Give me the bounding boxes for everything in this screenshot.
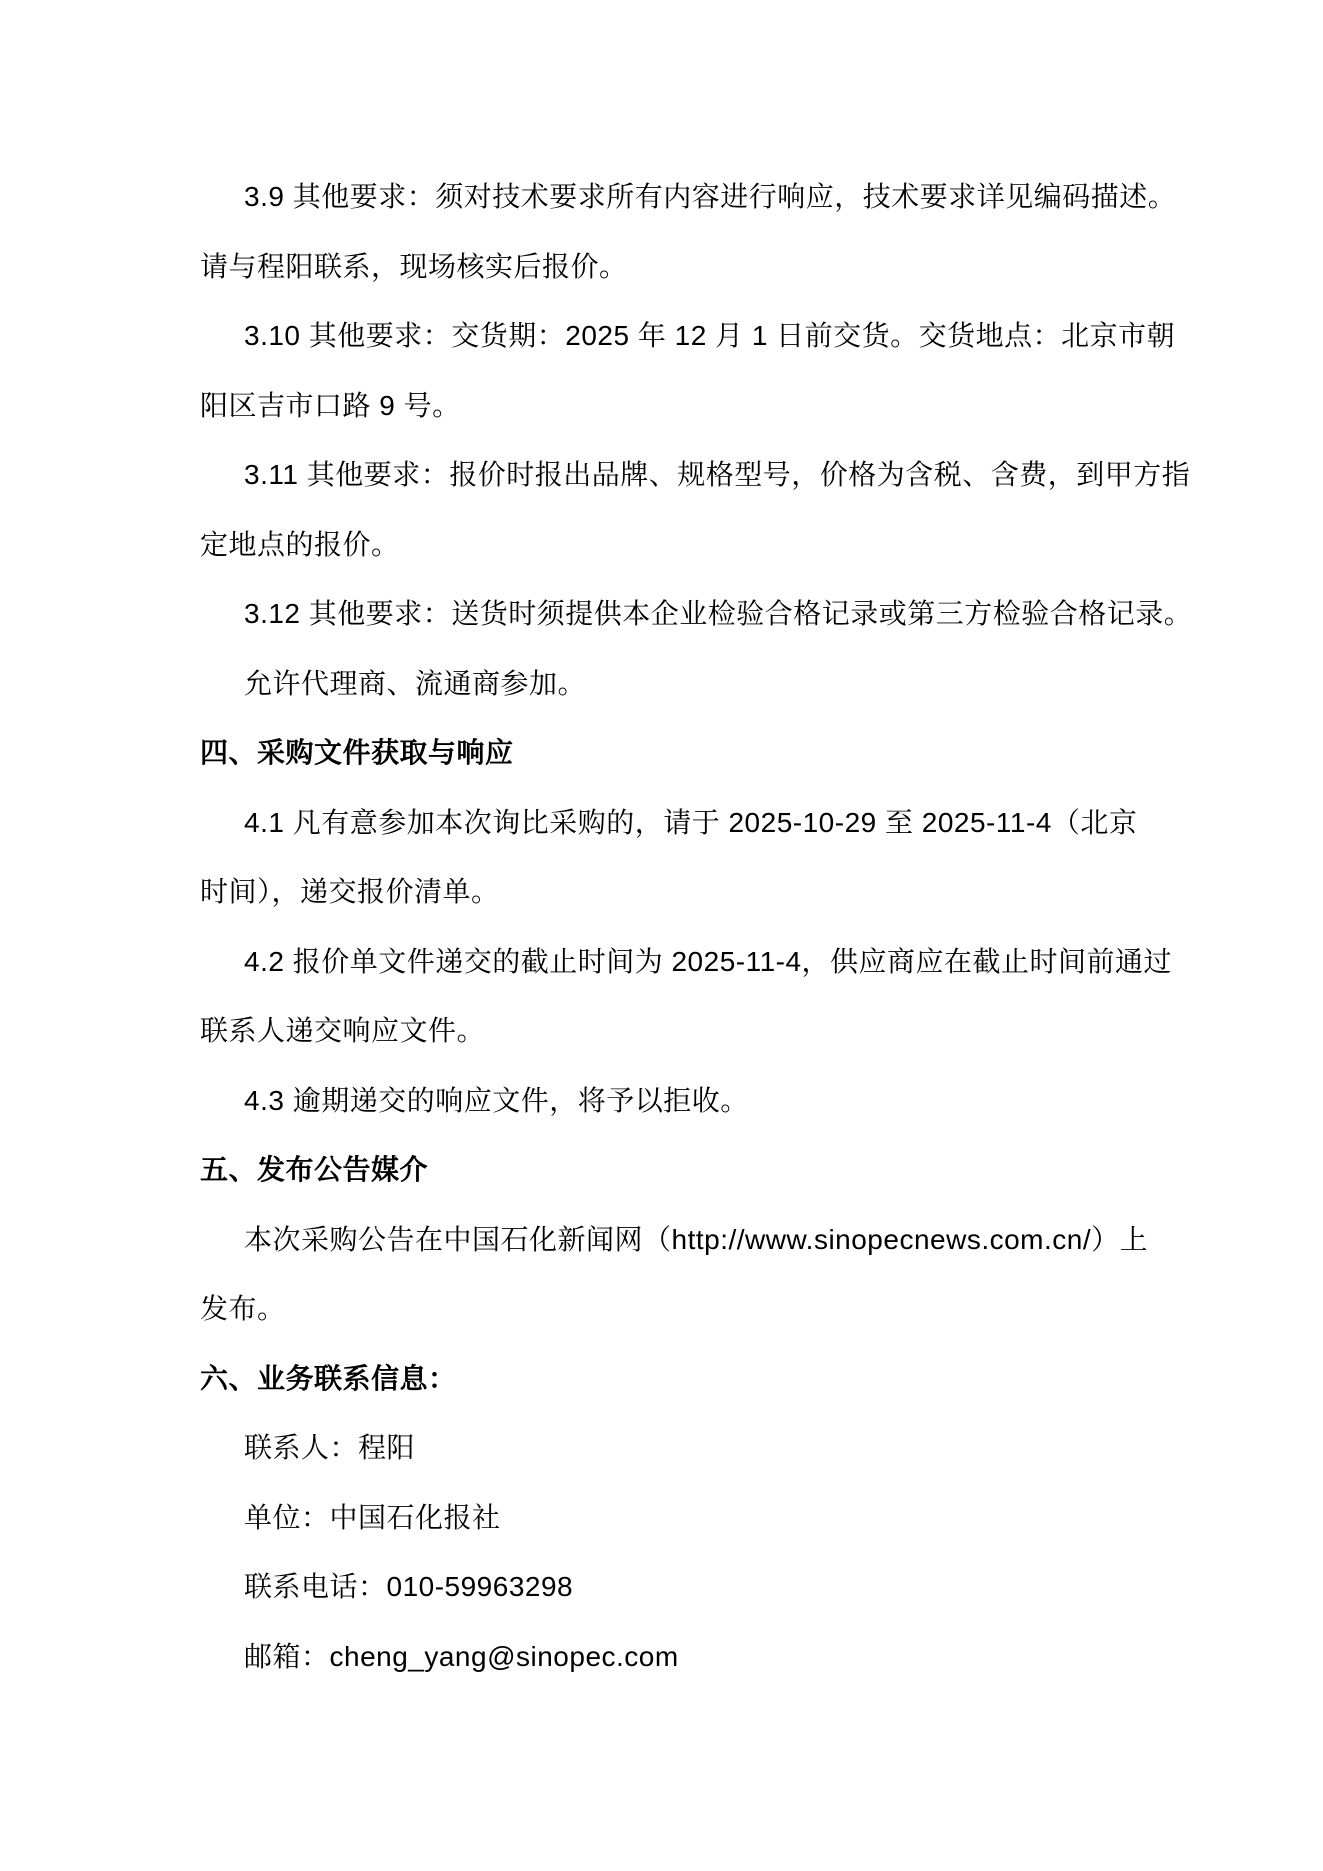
text-line: 联系人递交响应文件。 <box>200 996 1125 1066</box>
text-line: 发布。 <box>200 1274 1125 1344</box>
text-line: 3.11 其他要求：报价时报出品牌、规格型号，价格为含税、含费，到甲方指 <box>200 440 1125 510</box>
contact-email: 邮箱：cheng_yang@sinopec.com <box>200 1622 1125 1692</box>
section-4-heading: 四、采购文件获取与响应 <box>200 718 1125 788</box>
clause-3-12: 3.12 其他要求：送货时须提供本企业检验合格记录或第三方检验合格记录。允许代理… <box>200 579 1125 718</box>
text-line: 四、采购文件获取与响应 <box>200 718 1125 788</box>
section-5-heading: 五、发布公告媒介 <box>200 1135 1125 1205</box>
text-line: 阳区吉市口路 9 号。 <box>200 371 1125 441</box>
document-content: 3.9 其他要求：须对技术要求所有内容进行响应，技术要求详见编码描述。请与程阳联… <box>200 162 1125 1691</box>
text-line: 3.10 其他要求：交货期：2025 年 12 月 1 日前交货。交货地点：北京… <box>200 301 1125 371</box>
text-line: 3.12 其他要求：送货时须提供本企业检验合格记录或第三方检验合格记录。 <box>200 579 1125 649</box>
text-line: 单位：中国石化报社 <box>200 1483 1125 1553</box>
text-line: 允许代理商、流通商参加。 <box>200 649 1125 719</box>
text-line: 4.1 凡有意参加本次询比采购的，请于 2025-10-29 至 2025-11… <box>200 788 1125 858</box>
text-line: 六、业务联系信息： <box>200 1344 1125 1414</box>
text-line: 3.9 其他要求：须对技术要求所有内容进行响应，技术要求详见编码描述。 <box>200 162 1125 232</box>
clause-4-3: 4.3 逾期递交的响应文件，将予以拒收。 <box>200 1066 1125 1136</box>
text-line: 联系人：程阳 <box>200 1413 1125 1483</box>
contact-phone: 联系电话：010-59963298 <box>200 1552 1125 1622</box>
clause-3-11: 3.11 其他要求：报价时报出品牌、规格型号，价格为含税、含费，到甲方指定地点的… <box>200 440 1125 579</box>
clause-3-10: 3.10 其他要求：交货期：2025 年 12 月 1 日前交货。交货地点：北京… <box>200 301 1125 440</box>
document-page: 3.9 其他要求：须对技术要求所有内容进行响应，技术要求详见编码描述。请与程阳联… <box>0 0 1323 1871</box>
text-line: 联系电话：010-59963298 <box>200 1552 1125 1622</box>
clause-3-9: 3.9 其他要求：须对技术要求所有内容进行响应，技术要求详见编码描述。请与程阳联… <box>200 162 1125 301</box>
text-line: 定地点的报价。 <box>200 510 1125 580</box>
announcement-media: 本次采购公告在中国石化新闻网（http://www.sinopecnews.co… <box>200 1205 1125 1344</box>
text-line: 4.2 报价单文件递交的截止时间为 2025-11-4，供应商应在截止时间前通过 <box>200 927 1125 997</box>
clause-4-1: 4.1 凡有意参加本次询比采购的，请于 2025-10-29 至 2025-11… <box>200 788 1125 927</box>
clause-4-2: 4.2 报价单文件递交的截止时间为 2025-11-4，供应商应在截止时间前通过… <box>200 927 1125 1066</box>
text-line: 4.3 逾期递交的响应文件，将予以拒收。 <box>200 1066 1125 1136</box>
text-line: 邮箱：cheng_yang@sinopec.com <box>200 1622 1125 1692</box>
text-line: 本次采购公告在中国石化新闻网（http://www.sinopecnews.co… <box>200 1205 1125 1275</box>
text-line: 五、发布公告媒介 <box>200 1135 1125 1205</box>
section-6-heading: 六、业务联系信息： <box>200 1344 1125 1414</box>
text-line: 时间），递交报价清单。 <box>200 857 1125 927</box>
contact-organization: 单位：中国石化报社 <box>200 1483 1125 1553</box>
contact-person: 联系人：程阳 <box>200 1413 1125 1483</box>
text-line: 请与程阳联系，现场核实后报价。 <box>200 232 1125 302</box>
